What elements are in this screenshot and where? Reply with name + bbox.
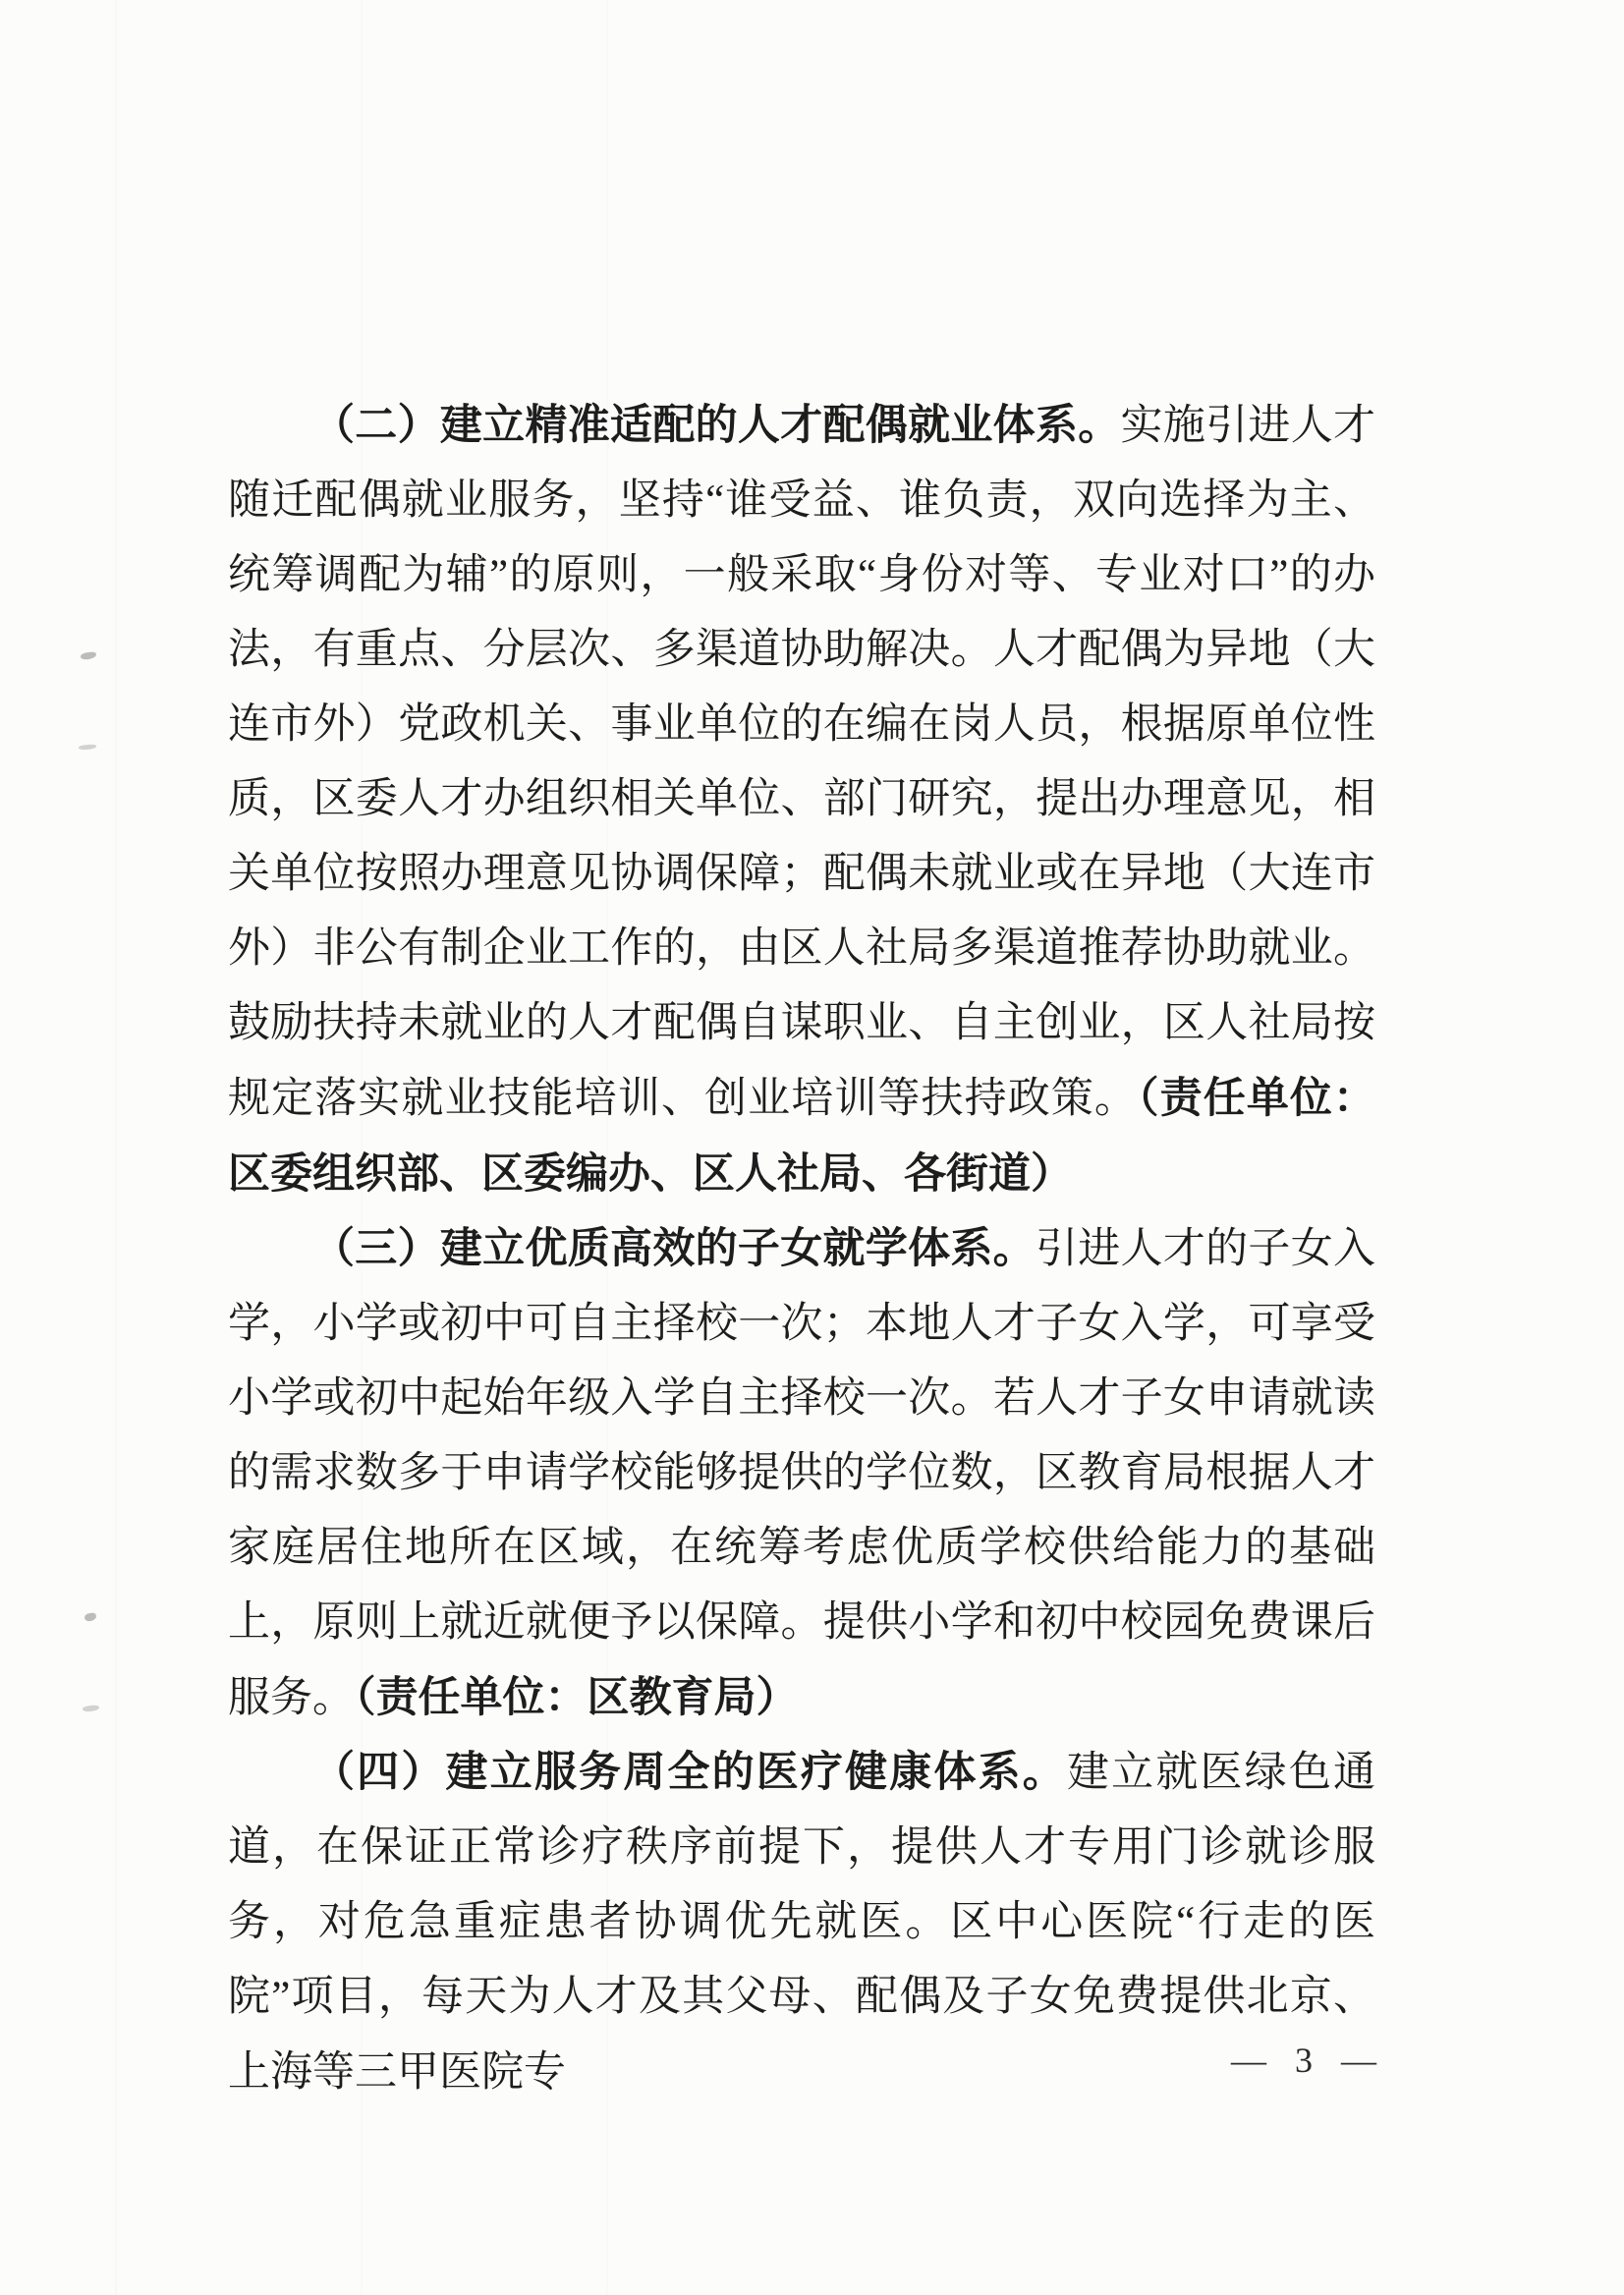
responsibility-units: （责任单位：区教育局） xyxy=(355,1674,799,1721)
document-body: （二）建立精准适配的人才配偶就业体系。实施引进人才随迁配偶就业服务，坚持“谁受益… xyxy=(228,389,1375,2110)
paragraph-3: （三）建立优质高效的子女就学体系。引进人才的子女入学，小学或初中可自主择校一次；… xyxy=(228,1212,1375,1736)
section-body: 建立就医绿色通道，在保证正常诊疗秩序前提下，提供人才专用门诊就诊服务，对危急重症… xyxy=(228,1750,1375,2096)
margin-smudge xyxy=(81,651,97,660)
section-body: 引进人才的子女入学，小学或初中可自主择校一次；本地人才子女入学，可享受小学或初中… xyxy=(228,1226,1375,1721)
paragraph-4: （四）建立服务周全的医疗健康体系。建立就医绿色通道，在保证正常诊疗秩序前提下，提… xyxy=(228,1736,1375,2110)
section-body: 实施引进人才随迁配偶就业服务，坚持“谁受益、谁负责，双向选择为主、统筹调配为辅”… xyxy=(228,403,1375,1122)
section-heading: （三）建立优质高效的子女就学体系。 xyxy=(312,1226,1036,1272)
scan-streak xyxy=(115,0,117,2295)
margin-smudge xyxy=(83,1705,99,1711)
section-heading: （二）建立精准适配的人才配偶就业体系。 xyxy=(312,403,1121,449)
page-number: — 3 — xyxy=(1231,2040,1386,2081)
margin-smudge xyxy=(84,1612,96,1622)
margin-smudge xyxy=(79,744,96,750)
document-page: （二）建立精准适配的人才配偶就业体系。实施引进人才随迁配偶就业服务，坚持“谁受益… xyxy=(0,0,1624,2295)
section-heading: （四）建立服务周全的医疗健康体系。 xyxy=(312,1750,1067,1796)
paragraph-2: （二）建立精准适配的人才配偶就业体系。实施引进人才随迁配偶就业服务，坚持“谁受益… xyxy=(228,389,1375,1212)
